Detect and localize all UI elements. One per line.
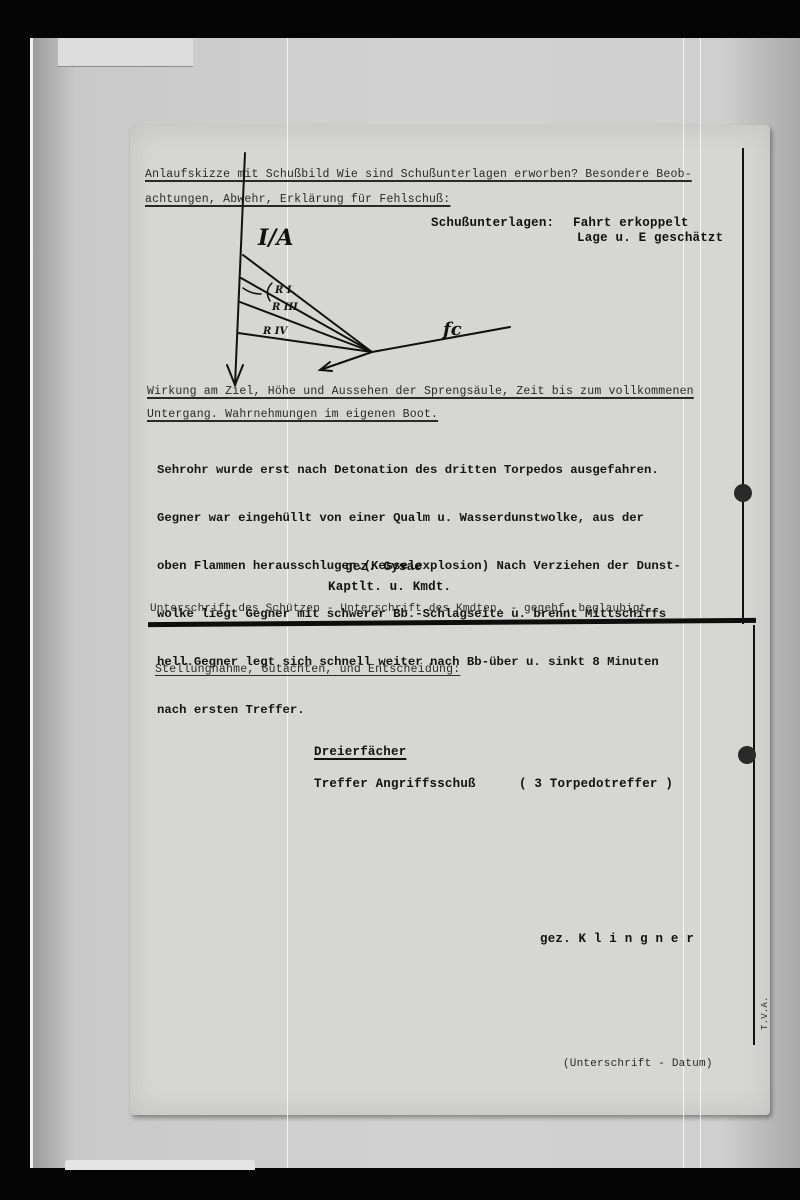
observation-line: Gegner war eingehüllt von einer Qualm u.…	[157, 510, 767, 526]
reviewer-caption: (Unterschrift - Datum)	[563, 1058, 713, 1070]
assessment-title: Dreierfächer	[314, 745, 406, 759]
observation-line: Sehrohr wurde erst nach Detonation des d…	[157, 462, 767, 478]
punch-hole	[734, 484, 752, 502]
observation-line: oben Flammen herausschlugen.(Kesselexplo…	[157, 558, 767, 574]
svg-text:R III: R III	[271, 302, 298, 313]
effect-prompt-line2: Untergang. Wahrnehmungen im eigenen Boot…	[147, 408, 438, 421]
svg-text:R IV: R IV	[262, 326, 288, 337]
signature-rank: Kaptlt. u. Kmdt.	[328, 580, 451, 594]
effect-prompt-line1: Wirkung am Ziel, Höhe und Aussehen der S…	[147, 385, 694, 398]
assessment-note: ( 3 Torpedotreffer )	[519, 777, 673, 791]
margin-mark: T.V.A.	[760, 996, 770, 1030]
signature-name: gez. Gysae	[345, 560, 422, 574]
assessment-result: Treffer Angriffsschuß	[314, 777, 476, 791]
signature-caption: Unterschrift des Schützen - Unterschrift…	[150, 603, 653, 615]
svg-text:I/A: I/A	[257, 225, 293, 251]
punch-hole	[738, 746, 756, 764]
svg-text:R I: R I	[274, 285, 292, 296]
observation-line: nach ersten Treffer.	[157, 702, 767, 718]
reviewer-signature: gez. K l i n g n e r	[540, 932, 694, 946]
assessment-prompt: Stellungnahme, Gutachten, und Entscheidu…	[155, 663, 460, 676]
svg-text:fc: fc	[441, 319, 462, 340]
observation-text: Sehrohr wurde erst nach Detonation des d…	[157, 430, 767, 734]
